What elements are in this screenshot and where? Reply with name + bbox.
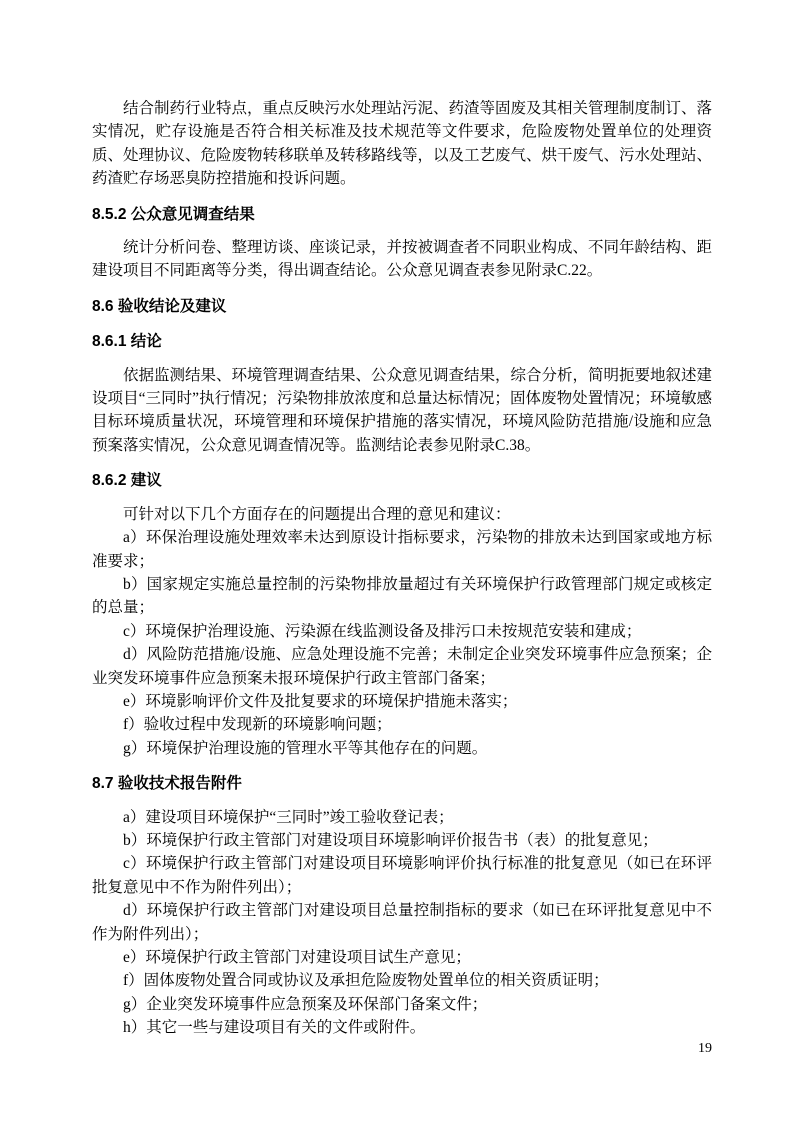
suggestion-item-g: g）环境保护治理设施的管理水平等其他存在的问题。 [92, 737, 712, 760]
attachment-item-h: h）其它一些与建设项目有关的文件或附件。 [92, 1016, 712, 1039]
paragraph-8-6-2-intro: 可针对以下几个方面存在的问题提出合理的意见和建议： [92, 503, 712, 526]
heading-8-5-2: 8.5.2 公众意见调查结果 [92, 203, 712, 226]
paragraph-8-6-1: 依据监测结果、环境管理调查结果、公众意见调查结果，综合分析，简明扼要地叙述建设项… [92, 364, 712, 458]
heading-8-6-1: 8.6.1 结论 [92, 330, 712, 353]
suggestion-item-c: c）环境保护治理设施、污染源在线监测设备及排污口未按规范安装和建成； [92, 620, 712, 643]
attachment-item-g: g）企业突发环境事件应急预案及环保部门备案文件； [92, 993, 712, 1016]
attachment-item-b: b）环境保护行政主管部门对建设项目环境影响评价报告书（表）的批复意见； [92, 829, 712, 852]
document-content: 结合制药行业特点，重点反映污水处理站污泥、药渣等固废及其相关管理制度制订、落实情… [92, 97, 712, 1040]
suggestion-item-b: b）国家规定实施总量控制的污染物排放量超过有关环境保护行政管理部门规定或核定的总… [92, 573, 712, 620]
attachment-item-d: d）环境保护行政主管部门对建设项目总量控制指标的要求（如已在环评批复意见中不作为… [92, 899, 712, 946]
paragraph-intro-continued: 结合制药行业特点，重点反映污水处理站污泥、药渣等固废及其相关管理制度制订、落实情… [92, 97, 712, 191]
attachment-item-c: c）环境保护行政主管部门对建设项目环境影响评价执行标准的批复意见（如已在环评批复… [92, 852, 712, 899]
attachment-item-f: f）固体废物处置合同或协议及承担危险废物处置单位的相关资质证明； [92, 969, 712, 992]
heading-8-6-2: 8.6.2 建议 [92, 469, 712, 492]
attachment-item-a: a）建设项目环境保护“三同时”竣工验收登记表； [92, 806, 712, 829]
suggestion-item-e: e）环境影响评价文件及批复要求的环境保护措施未落实； [92, 690, 712, 713]
heading-8-7: 8.7 验收技术报告附件 [92, 772, 712, 795]
suggestion-item-d: d）风险防范措施/设施、应急处理设施不完善；未制定企业突发环境事件应急预案；企业… [92, 643, 712, 690]
heading-8-6: 8.6 验收结论及建议 [92, 295, 712, 318]
suggestion-item-a: a）环保治理设施处理效率未达到原设计指标要求，污染物的排放未达到国家或地方标准要… [92, 526, 712, 573]
page-number: 19 [698, 1040, 712, 1058]
attachment-item-e: e）环境保护行政主管部门对建设项目试生产意见； [92, 946, 712, 969]
document-page: 结合制药行业特点，重点反映污水处理站污泥、药渣等固废及其相关管理制度制订、落实情… [0, 0, 794, 1123]
suggestion-item-f: f）验收过程中发现新的环境影响问题； [92, 713, 712, 736]
paragraph-8-5-2: 统计分析问卷、整理访谈、座谈记录，并按被调查者不同职业构成、不同年龄结构、距建设… [92, 236, 712, 283]
